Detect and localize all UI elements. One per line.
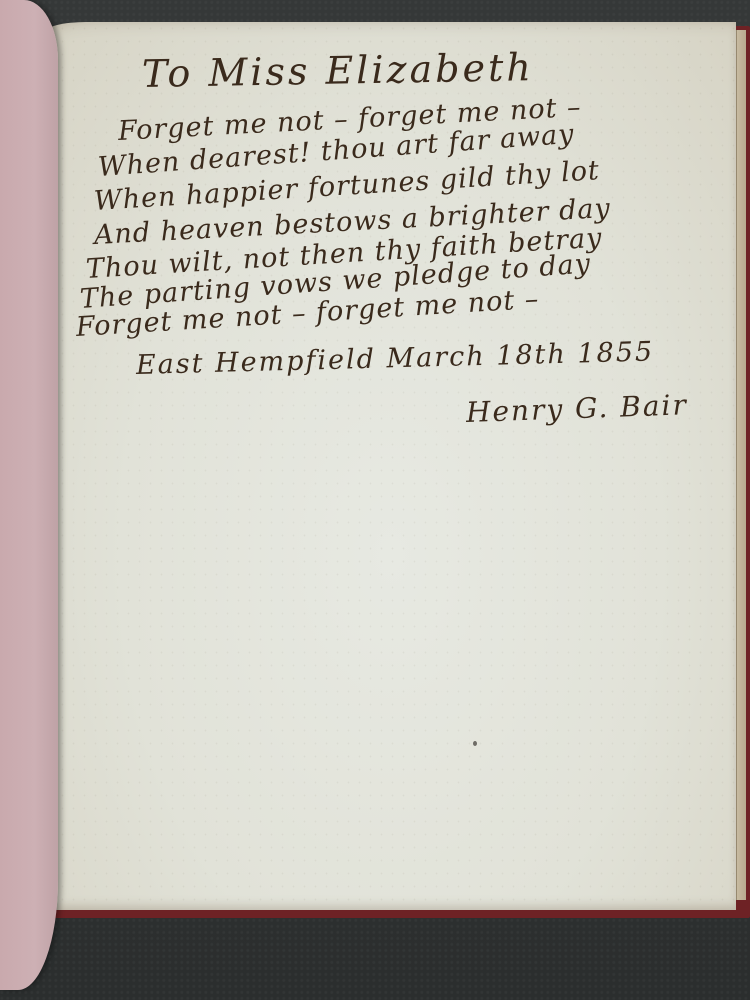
salutation: To Miss Elizabeth [142,45,534,96]
paper-blemish [473,741,477,746]
photo-scene: To Miss Elizabeth Forget me not – forget… [0,0,750,1000]
left-flyleaf [0,0,58,990]
